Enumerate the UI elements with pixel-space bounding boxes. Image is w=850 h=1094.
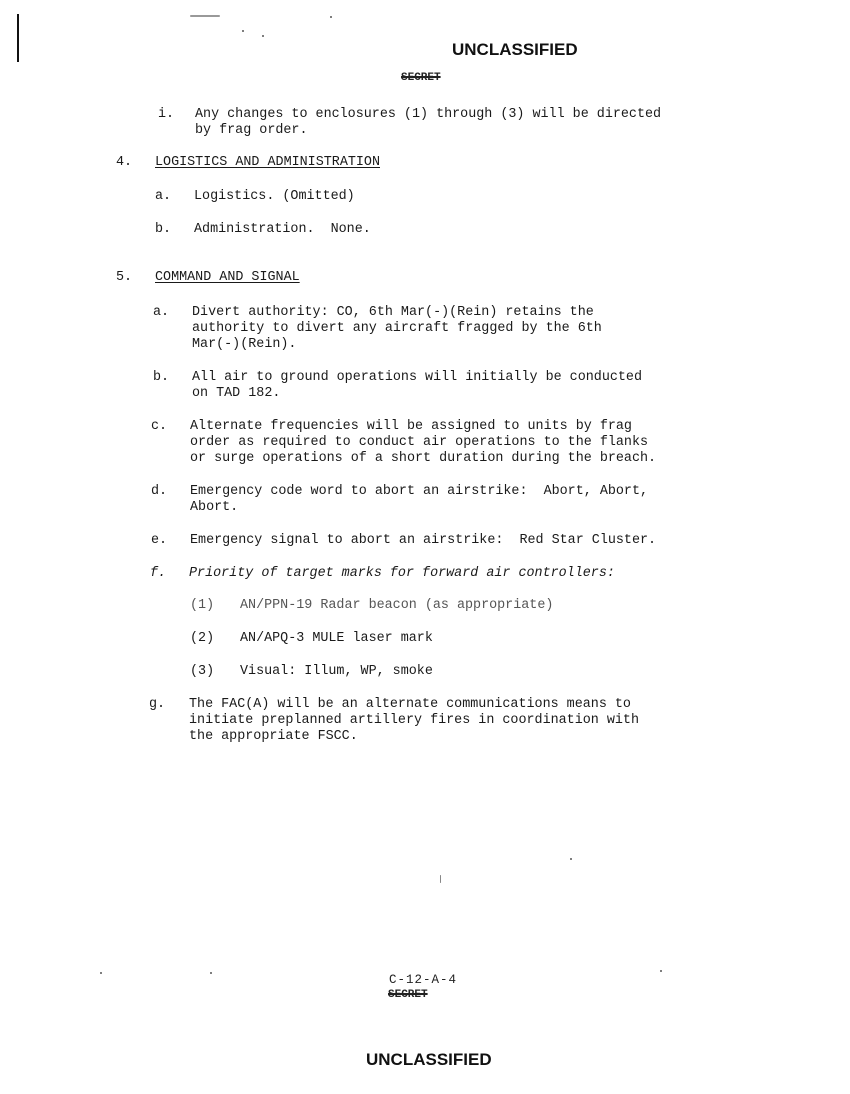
- scan-noise: [330, 16, 332, 18]
- item-label: a.: [155, 189, 171, 206]
- item-label: g.: [149, 697, 165, 714]
- item-text-line: The FAC(A) will be an alternate communic…: [189, 697, 631, 714]
- item-text-line: order as required to conduct air operati…: [190, 435, 648, 452]
- item-text-line: Administration. None.: [194, 222, 371, 239]
- subitem-text: Visual: Illum, WP, smoke: [240, 664, 433, 681]
- scan-noise: [242, 30, 244, 32]
- item-text-line: Abort.: [190, 500, 238, 517]
- scan-noise: [440, 875, 441, 883]
- item-text-line: Priority of target marks for forward air…: [189, 566, 615, 583]
- struck-marking-top: SECRET: [401, 72, 441, 84]
- item-text-line: by frag order.: [195, 123, 308, 140]
- item-label: a.: [153, 305, 169, 322]
- document-page: UNCLASSIFIED SECRET i. Any changes to en…: [0, 0, 850, 1094]
- section-number: 5.: [116, 270, 132, 287]
- section-number: 4.: [116, 155, 132, 172]
- item-label: d.: [151, 484, 167, 501]
- subitem-label: (1): [190, 598, 214, 615]
- classification-footer: UNCLASSIFIED: [366, 1050, 492, 1070]
- subitem-label: (3): [190, 664, 214, 681]
- item-label: i.: [158, 107, 174, 124]
- page-number: C-12-A-4: [389, 973, 457, 987]
- item-text-line: Divert authority: CO, 6th Mar(-)(Rein) r…: [192, 305, 594, 322]
- item-text-line: or surge operations of a short duration …: [190, 451, 656, 468]
- item-label: e.: [151, 533, 167, 550]
- scan-noise: [210, 972, 212, 974]
- item-text-line: All air to ground operations will initia…: [192, 370, 642, 387]
- item-text-line: on TAD 182.: [192, 386, 280, 403]
- subitem-text: AN/PPN-19 Radar beacon (as appropriate): [240, 598, 553, 615]
- item-text-line: the appropriate FSCC.: [189, 729, 358, 746]
- item-label: f.: [150, 566, 166, 583]
- item-text-line: initiate preplanned artillery fires in c…: [189, 713, 639, 730]
- item-text-line: Logistics. (Omitted): [194, 189, 355, 206]
- item-label: b.: [153, 370, 169, 387]
- subitem-text: AN/APQ-3 MULE laser mark: [240, 631, 433, 648]
- item-text-line: Emergency code word to abort an airstrik…: [190, 484, 648, 501]
- margin-bar: [17, 14, 19, 62]
- item-text-line: Emergency signal to abort an airstrike: …: [190, 533, 656, 550]
- item-text-line: Mar(-)(Rein).: [192, 337, 296, 354]
- scan-noise: [570, 858, 572, 860]
- section-title: COMMAND AND SIGNAL: [155, 270, 300, 287]
- struck-marking-bottom: SECRET: [388, 989, 428, 1001]
- scan-noise: [660, 970, 662, 972]
- item-text-line: Any changes to enclosures (1) through (3…: [195, 107, 661, 124]
- scan-noise: [262, 35, 264, 37]
- item-label: c.: [151, 419, 167, 436]
- section-title: LOGISTICS AND ADMINISTRATION: [155, 155, 380, 172]
- scan-noise: [100, 972, 102, 974]
- classification-header: UNCLASSIFIED: [452, 40, 578, 60]
- item-text-line: authority to divert any aircraft fragged…: [192, 321, 602, 338]
- scan-noise: [190, 15, 220, 17]
- subitem-label: (2): [190, 631, 214, 648]
- item-label: b.: [155, 222, 171, 239]
- item-text-line: Alternate frequencies will be assigned t…: [190, 419, 632, 436]
